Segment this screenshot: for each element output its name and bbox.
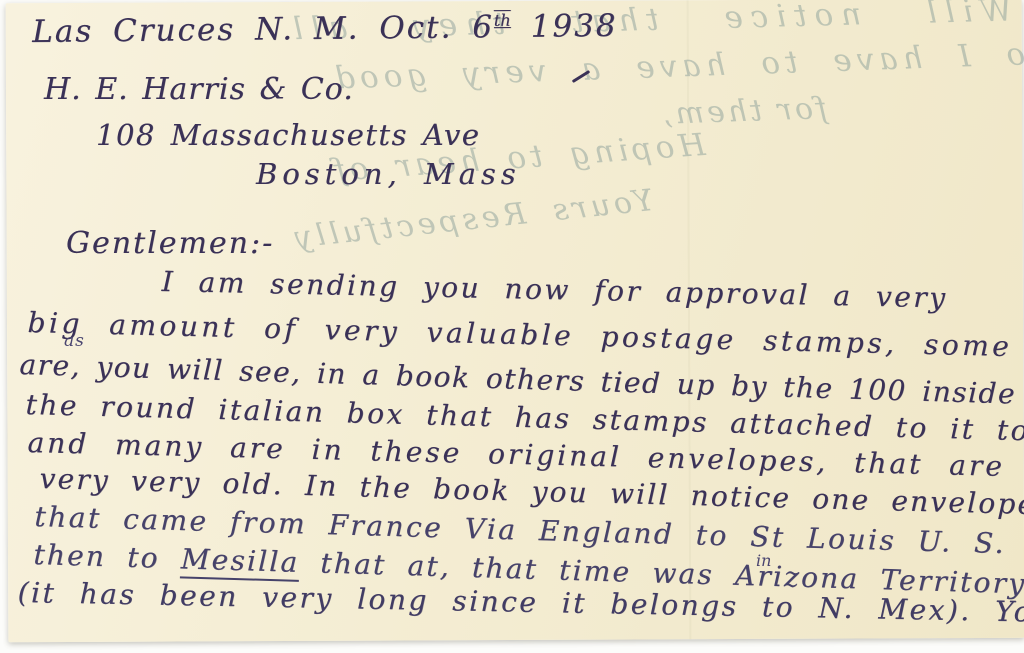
letter-scan: Will notice that they all Do I have to h… xyxy=(0,0,1024,653)
dateline-main: Las Cruces N. M. Oct. 6 xyxy=(32,9,494,50)
ghost-line: for them, xyxy=(659,91,827,132)
body-line-segment: then to xyxy=(33,538,181,575)
dateline: Las Cruces N. M. Oct. 6th 1938 xyxy=(32,8,618,50)
insertion-in: in xyxy=(756,551,771,570)
insertion-as: as xyxy=(64,331,85,351)
underlined-word-mesilla: Mesilla xyxy=(180,542,300,582)
recipient-city: Boston, Mass xyxy=(256,157,521,191)
recipient-street: 108 Massachusetts Ave xyxy=(96,118,480,152)
recipient-name: H. E. Harris & Co. xyxy=(44,72,354,107)
dateline-year: 1938 xyxy=(530,8,617,45)
salutation: Gentlemen:- xyxy=(66,226,274,261)
date-superscript: th xyxy=(494,11,511,30)
